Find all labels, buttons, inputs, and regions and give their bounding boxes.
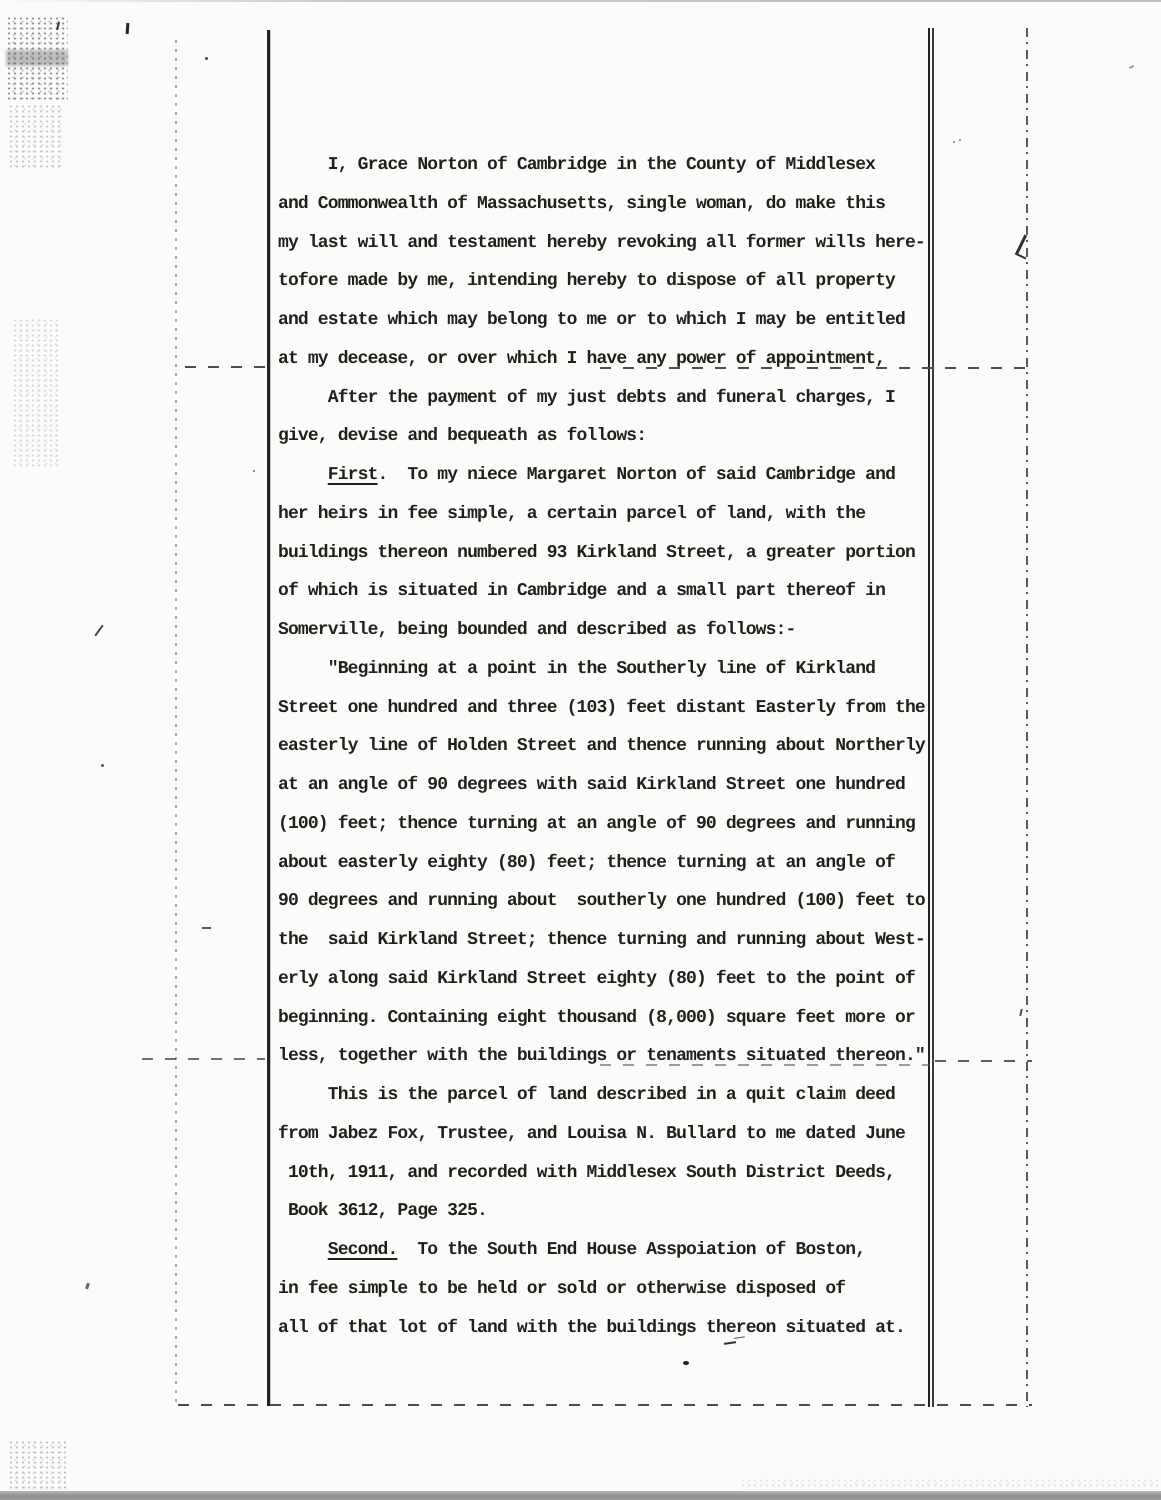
fold-line-middle-left — [142, 1058, 265, 1060]
scan-smudge-left-mid — [12, 318, 58, 468]
text-segment: erly along said Kirkland Street eighty (… — [278, 969, 915, 989]
text-line: First. To my niece Margaret Norton of sa… — [278, 456, 958, 495]
text-segment: buildings thereon numbered 93 Kirkland S… — [278, 543, 915, 563]
scan-speck — [85, 1283, 90, 1290]
text-line: "Beginning at a point in the Southerly l… — [278, 650, 958, 689]
text-line: Second. To the South End House Asspoiati… — [278, 1231, 958, 1270]
text-segment: Somerville, being bounded and described … — [278, 620, 796, 640]
text-line: about easterly eighty (80) feet; thence … — [278, 844, 958, 883]
text-segment — [278, 465, 328, 485]
text-segment: "Beginning at a point in the Southerly l… — [278, 659, 875, 679]
fold-line-bottom — [178, 1404, 1032, 1406]
text-line: my last will and testament hereby revoki… — [278, 224, 958, 263]
left-page-border — [267, 30, 270, 1406]
left-dotted-rule — [175, 40, 177, 1404]
scan-speck — [101, 764, 104, 767]
text-segment: from Jabez Fox, Trustee, and Louisa N. B… — [278, 1124, 905, 1144]
text-line: at my decease, or over which I have any … — [278, 340, 958, 379]
text-segment: of which is situated in Cambridge and a … — [278, 581, 885, 601]
text-line: 90 degrees and running about southerly o… — [278, 882, 958, 921]
text-segment: and Commonwealth of Massachusetts, singl… — [278, 194, 885, 214]
text-line: This is the parcel of land described in … — [278, 1076, 958, 1115]
scanned-page: I, Grace Norton of Cambridge in the Coun… — [0, 0, 1161, 1500]
document-text: I, Grace Norton of Cambridge in the Coun… — [278, 146, 958, 1347]
text-segment: the said Kirkland Street; thence turning… — [278, 930, 925, 950]
text-line: the said Kirkland Street; thence turning… — [278, 921, 958, 960]
text-line: After the payment of my just debts and f… — [278, 379, 958, 418]
text-segment: give, devise and bequeath as follows: — [278, 426, 646, 446]
scan-smudge-streak — [6, 50, 68, 66]
text-line: Book 3612, Page 325. — [278, 1192, 958, 1231]
text-segment: less, together with the buildings or ten… — [278, 1046, 925, 1066]
text-segment: at an angle of 90 degrees with said Kirk… — [278, 775, 905, 795]
text-line: of which is situated in Cambridge and a … — [278, 572, 958, 611]
text-segment: (100) feet; thence turning at an angle o… — [278, 814, 915, 834]
scan-smudge-bottom-left — [8, 1440, 66, 1490]
text-segment: This is the parcel of land described in … — [278, 1085, 895, 1105]
text-line: from Jabez Fox, Trustee, and Louisa N. B… — [278, 1115, 958, 1154]
text-segment: 90 degrees and running about southerly o… — [278, 891, 925, 911]
text-segment: tofore made by me, intending hereby to d… — [278, 271, 895, 291]
scan-speck — [953, 141, 955, 143]
text-line: Somerville, being bounded and described … — [278, 611, 958, 650]
text-line: erly along said Kirkland Street eighty (… — [278, 960, 958, 999]
text-line: (100) feet; thence turning at an angle o… — [278, 805, 958, 844]
text-segment: at my decease, or over which I have any … — [278, 349, 885, 369]
text-segment: . To my niece Margaret Norton of said Ca… — [378, 465, 896, 485]
scan-speck — [94, 625, 103, 637]
underlined-text: Second. — [328, 1240, 398, 1260]
scan-bottom-band — [0, 1491, 1161, 1500]
text-line: give, devise and bequeath as follows: — [278, 417, 958, 456]
scan-top-edge — [0, 0, 1161, 2]
scan-speck — [205, 57, 208, 60]
text-line: in fee simple to be held or sold or othe… — [278, 1270, 958, 1309]
text-line: all of that lot of land with the buildin… — [278, 1309, 958, 1348]
text-segment — [278, 1240, 328, 1260]
text-line: tofore made by me, intending hereby to d… — [278, 262, 958, 301]
text-segment: I, Grace Norton of Cambridge in the Coun… — [278, 155, 875, 175]
text-line: and Commonwealth of Massachusetts, singl… — [278, 185, 958, 224]
text-line: her heirs in fee simple, a certain parce… — [278, 495, 958, 534]
scan-speck — [1129, 65, 1134, 69]
text-segment: After the payment of my just debts and f… — [278, 388, 895, 408]
scan-speck — [202, 927, 211, 929]
text-segment: beginning. Containing eight thousand (8,… — [278, 1008, 915, 1028]
text-line: less, together with the buildings or ten… — [278, 1037, 958, 1076]
scan-speck — [1015, 234, 1035, 259]
text-line: easterly line of Holden Street and thenc… — [278, 727, 958, 766]
scan-smudge-left-upper — [8, 104, 64, 168]
text-line: Street one hundred and three (103) feet … — [278, 689, 958, 728]
text-line: buildings thereon numbered 93 Kirkland S… — [278, 534, 958, 573]
scan-speck — [253, 470, 255, 472]
scan-speck — [683, 1361, 689, 1365]
scan-speck — [1019, 1009, 1022, 1016]
text-segment: Book 3612, Page 325. — [278, 1201, 487, 1221]
text-segment: my last will and testament hereby revoki… — [278, 233, 925, 253]
text-segment: To the South End House Asspoiation of Bo… — [397, 1240, 865, 1260]
scan-smudge-bottom — [740, 1478, 1160, 1490]
text-segment: her heirs in fee simple, a certain parce… — [278, 504, 865, 524]
text-segment: Street one hundred and three (103) feet … — [278, 698, 925, 718]
text-segment: and estate which may belong to me or to … — [278, 310, 905, 330]
scan-speck — [126, 23, 130, 34]
text-segment: all of that lot of land with the buildin… — [278, 1318, 905, 1338]
underlined-text: First — [328, 465, 378, 485]
text-line: at an angle of 90 degrees with said Kirk… — [278, 766, 958, 805]
text-segment: 10th, 1911, and recorded with Middlesex … — [278, 1163, 895, 1183]
text-line: beginning. Containing eight thousand (8,… — [278, 999, 958, 1038]
text-line: and estate which may belong to me or to … — [278, 301, 958, 340]
fold-line-upper-left — [185, 366, 265, 368]
text-line: I, Grace Norton of Cambridge in the Coun… — [278, 146, 958, 185]
text-segment: about easterly eighty (80) feet; thence … — [278, 853, 895, 873]
text-segment: in fee simple to be held or sold or othe… — [278, 1279, 845, 1299]
text-line: 10th, 1911, and recorded with Middlesex … — [278, 1154, 958, 1193]
text-segment: easterly line of Holden Street and thenc… — [278, 736, 925, 756]
